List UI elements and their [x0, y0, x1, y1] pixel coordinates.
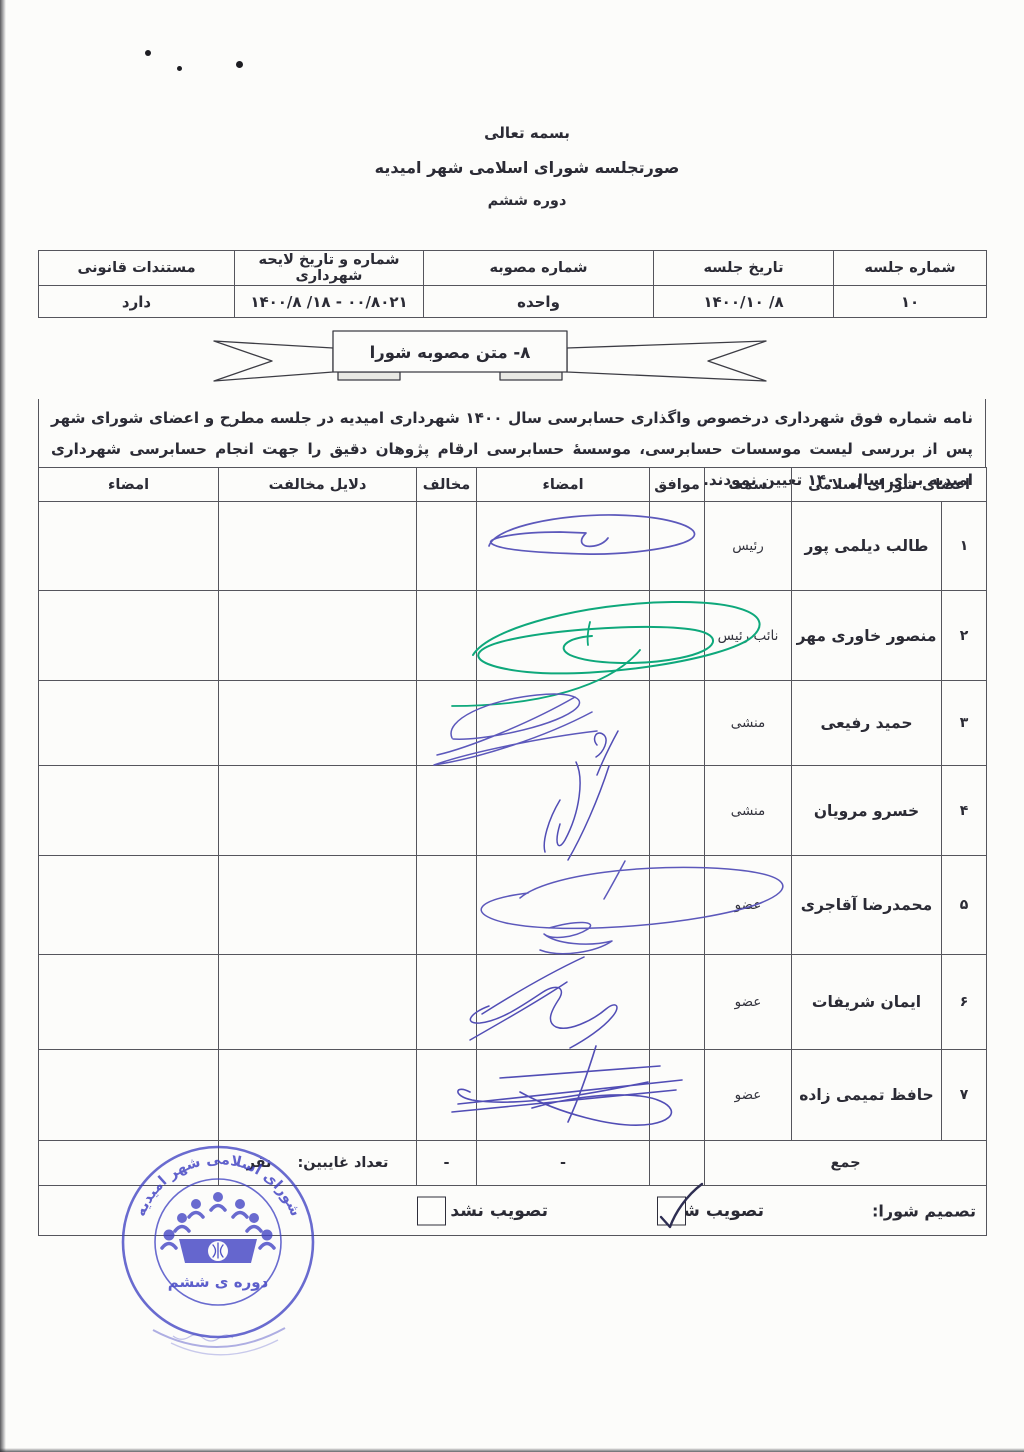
table-row: ۶ ایمان شریفات عضو — [39, 955, 987, 1050]
row-number: ۱ — [942, 502, 987, 591]
table-row: ۳ حمید رفیعی منشی — [39, 681, 987, 766]
row-number: ۵ — [942, 856, 987, 955]
members-header-row: اعضای شورای اسلامی سمت موافق امضاء مخالف… — [39, 468, 987, 502]
member-name: محمدرضا آقاجری — [792, 856, 942, 955]
resolution-text: نامه شماره فوق شهرداری درخصوص واگذاری حس… — [38, 399, 986, 467]
agree-cell — [650, 1050, 705, 1141]
agree-cell — [650, 502, 705, 591]
total-agree-cell — [650, 1141, 705, 1186]
table-row: ۷ حافظ تمیمی زاده عضو — [39, 1050, 987, 1141]
header-session-number: شماره جلسه — [834, 251, 987, 286]
scan-dot — [145, 50, 151, 56]
row-number: ۴ — [942, 766, 987, 856]
member-position: منشی — [705, 681, 792, 766]
value-bill-number-date: ۱۴۰۰/۸ /۱۸ - ۰۰/۸۰۲۱ — [235, 286, 424, 318]
header-position: سمت — [705, 468, 792, 502]
member-name: ایمان شریفات — [792, 955, 942, 1050]
signature-cell — [477, 856, 650, 955]
member-name: حافظ تمیمی زاده — [792, 1050, 942, 1141]
value-session-date: ۱۴۰۰/۱۰ /۸ — [654, 286, 834, 318]
agree-cell — [650, 856, 705, 955]
signature-cell — [477, 681, 650, 766]
rejected-label: تصویب نشد — [450, 1201, 548, 1221]
agree-cell — [650, 591, 705, 681]
header-oppose: مخالف — [417, 468, 477, 502]
signature-cell — [477, 591, 650, 681]
table-row: ۲ منصور خاوری مهر نائب رئیس — [39, 591, 987, 681]
member-name: منصور خاوری مهر — [792, 591, 942, 681]
oppose-cell — [417, 766, 477, 856]
resolution-ribbon: ۸- متن مصوبه شورا — [210, 325, 770, 387]
oppose-cell — [417, 1050, 477, 1141]
header-legal-documents: مستندات قانونی — [39, 251, 235, 286]
document-header: بسمه تعالی صورتجلسه شورای اسلامی شهر امی… — [312, 124, 742, 209]
members-table: اعضای شورای اسلامی سمت موافق امضاء مخالف… — [38, 467, 987, 1236]
member-position: منشی — [705, 766, 792, 856]
scan-dot — [236, 61, 243, 68]
signature2-cell — [39, 856, 219, 955]
header-agree: موافق — [650, 468, 705, 502]
decision-label: تصمیم شورا: — [872, 1201, 976, 1220]
oppose-cell — [417, 502, 477, 591]
member-name: حمید رفیعی — [792, 681, 942, 766]
table-row: ۱ طالب دیلمی پور رئیس — [39, 502, 987, 591]
signature2-cell — [39, 955, 219, 1050]
bismillah-text: بسمه تعالی — [312, 124, 742, 142]
oppose-reasons-cell — [219, 1050, 417, 1141]
document-term: دوره ششم — [312, 193, 742, 209]
total-oppose-cell: - — [417, 1141, 477, 1186]
scan-dot — [177, 66, 182, 71]
agree-cell — [650, 681, 705, 766]
agree-cell — [650, 766, 705, 856]
oppose-cell — [417, 955, 477, 1050]
oppose-reasons-cell — [219, 955, 417, 1050]
ribbon-left-fold — [338, 372, 400, 380]
council-stamp: شورای اسلامی شهر امیدیه دوره ی ششم — [113, 1140, 333, 1370]
member-name: خسرو مرویان — [792, 766, 942, 856]
oppose-reasons-cell — [219, 856, 417, 955]
oppose-cell — [417, 591, 477, 681]
row-number: ۷ — [942, 1050, 987, 1141]
header-signature-2: امضاء — [39, 468, 219, 502]
member-position: رئیس — [705, 502, 792, 591]
header-bill-number-date: شماره و تاریخ لایحه شهرداری — [235, 251, 424, 286]
approved-checkbox[interactable] — [657, 1196, 686, 1225]
signature-cell — [477, 955, 650, 1050]
oppose-reasons-cell — [219, 766, 417, 856]
row-number: ۳ — [942, 681, 987, 766]
header-oppose-reasons: دلایل مخالفت — [219, 468, 417, 502]
oppose-cell — [417, 681, 477, 766]
row-number: ۶ — [942, 955, 987, 1050]
member-position: عضو — [705, 856, 792, 955]
value-legal-documents: دارد — [39, 286, 235, 318]
signature-cell — [477, 766, 650, 856]
document-title: صورتجلسه شورای اسلامی شهر امیدیه — [312, 158, 742, 177]
signature2-cell — [39, 502, 219, 591]
oppose-reasons-cell — [219, 681, 417, 766]
signature-cell — [477, 1050, 650, 1141]
header-session-date: تاریخ جلسه — [654, 251, 834, 286]
header-signature: امضاء — [477, 468, 650, 502]
ribbon-left-tail — [214, 341, 333, 381]
stamp-ring-text: شورای اسلامی شهر امیدیه — [133, 1152, 304, 1219]
scanned-document-page: بسمه تعالی صورتجلسه شورای اسلامی شهر امی… — [0, 0, 1024, 1452]
stamp-term-text: دوره ی ششم — [168, 1273, 269, 1291]
approved-label: تصویب شد — [673, 1201, 764, 1221]
agree-cell — [650, 955, 705, 1050]
table-row: ۴ خسرو مرویان منشی — [39, 766, 987, 856]
header-members: اعضای شورای اسلامی — [792, 468, 987, 502]
member-name: طالب دیلمی پور — [792, 502, 942, 591]
session-info-table: شماره جلسه تاریخ جلسه شماره مصوبه شماره … — [38, 250, 987, 318]
member-position: عضو — [705, 955, 792, 1050]
oppose-cell — [417, 856, 477, 955]
signature2-cell — [39, 766, 219, 856]
row-number: ۲ — [942, 591, 987, 681]
signature-cell — [477, 502, 650, 591]
info-value-row: ۱۰ ۱۴۰۰/۱۰ /۸ واحده ۱۴۰۰/۸ /۱۸ - ۰۰/۸۰۲۱… — [39, 286, 987, 318]
member-position: عضو — [705, 1050, 792, 1141]
stamp-emblem-band — [179, 1239, 257, 1263]
svg-text:شورای اسلامی شهر امیدیه: شورای اسلامی شهر امیدیه — [133, 1152, 304, 1219]
header-resolution-number: شماره مصوبه — [424, 251, 654, 286]
signature2-cell — [39, 591, 219, 681]
info-header-row: شماره جلسه تاریخ جلسه شماره مصوبه شماره … — [39, 251, 987, 286]
scan-edge-left — [0, 0, 6, 1452]
oppose-reasons-cell — [219, 502, 417, 591]
member-position: نائب رئیس — [705, 591, 792, 681]
table-row: ۵ محمدرضا آقاجری عضو — [39, 856, 987, 955]
ribbon-right-tail — [567, 341, 766, 381]
signature2-cell — [39, 1050, 219, 1141]
value-session-number: ۱۰ — [834, 286, 987, 318]
signature2-cell — [39, 681, 219, 766]
ribbon-label: ۸- متن مصوبه شورا — [370, 343, 531, 363]
total-label: جمع — [705, 1141, 987, 1186]
ribbon-right-fold — [500, 372, 562, 380]
total-signature-cell: - — [477, 1141, 650, 1186]
scan-edge-bottom — [0, 1448, 1024, 1452]
oppose-reasons-cell — [219, 591, 417, 681]
rejected-checkbox[interactable] — [417, 1196, 446, 1225]
value-resolution-number: واحده — [424, 286, 654, 318]
